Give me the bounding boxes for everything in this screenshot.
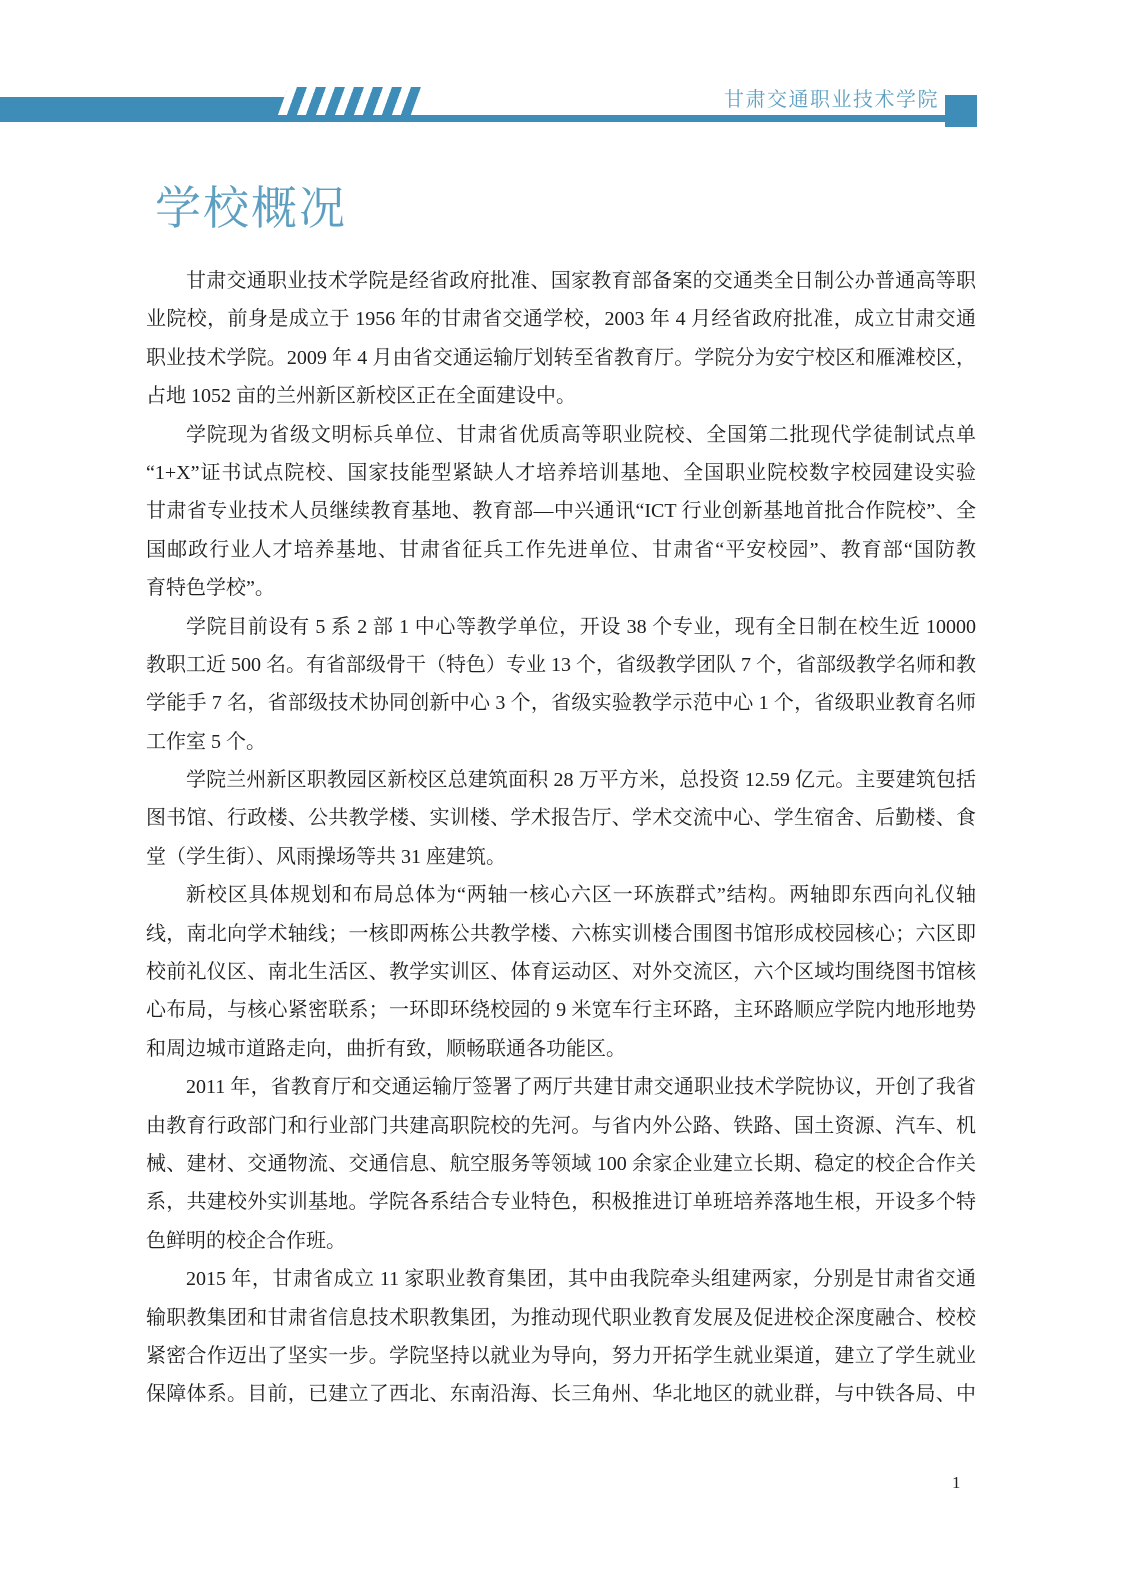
- document-page: 甘肃交通职业技术学院 学校概况 甘肃交通职业技术学院是经省政府批准、国家教育部备…: [0, 0, 1122, 1587]
- paragraph-7-line: 紧密合作迈出了坚实一步。学院坚持以就业为导向，努力开拓学生就业渠道，建立了学生就…: [146, 1337, 976, 1375]
- paragraph-1-line: 占地 1052 亩的兰州新区新校区正在全面建设中。: [146, 377, 976, 415]
- document-body: 甘肃交通职业技术学院是经省政府批准、国家教育部备案的交通类全日制公办普通高等职业…: [146, 262, 976, 1414]
- paragraph-5-line: 和周边城市道路走向，曲折有致，顺畅联通各功能区。: [146, 1030, 976, 1068]
- paragraph-1-line: 职业技术学院。2009 年 4 月由省交通运输厅划转至省教育厅。学院分为安宁校区…: [146, 339, 976, 377]
- paragraph-7-line: 保障体系。目前，已建立了西北、东南沿海、长三角州、华北地区的就业群，与中铁各局、…: [146, 1375, 976, 1413]
- paragraph-4-line: 堂（学生街）、风雨操场等共 31 座建筑。: [146, 838, 976, 876]
- header-rule-line: [0, 115, 946, 122]
- paragraph-4-line: 图书馆、行政楼、公共教学楼、实训楼、学术报告厅、学术交流中心、学生宿舍、后勤楼、…: [146, 799, 976, 837]
- paragraph-2-line: 甘肃省专业技术人员继续教育基地、教育部—中兴通讯“ICT 行业创新基地首批合作院…: [146, 492, 976, 530]
- paragraph-5-line: 校前礼仪区、南北生活区、教学实训区、体育运动区、对外交流区，六个区域均围绕图书馆…: [146, 953, 976, 991]
- page-number: 1: [952, 1474, 961, 1491]
- paragraph-6-line: 2011 年，省教育厅和交通运输厅签署了两厅共建甘肃交通职业技术学院协议，开创了…: [146, 1068, 976, 1106]
- section-heading: 学校概况: [155, 186, 347, 232]
- paragraph-1-line: 甘肃交通职业技术学院是经省政府批准、国家教育部备案的交通类全日制公办普通高等职: [146, 262, 976, 300]
- header-corner-square: [945, 95, 977, 127]
- paragraph-2-line: 国邮政行业人才培养基地、甘肃省征兵工作先进单位、甘肃省“平安校园”、教育部“国防…: [146, 531, 976, 569]
- paragraph-3-line: 学能手 7 名，省部级技术协同创新中心 3 个，省级实验教学示范中心 1 个，省…: [146, 684, 976, 722]
- paragraph-7-line: 2015 年，甘肃省成立 11 家职业教育集团，其中由我院牵头组建两家，分别是甘…: [146, 1260, 976, 1298]
- paragraph-5-line: 线，南北向学术轴线；一核即两栋公共教学楼、六栋实训楼合围图书馆形成校园核心；六区…: [146, 915, 976, 953]
- paragraph-5-line: 新校区具体规划和布局总体为“两轴一核心六区一环族群式”结构。两轴即东西向礼仪轴: [146, 876, 976, 914]
- paragraph-3-line: 教职工近 500 名。有省部级骨干（特色）专业 13 个，省级教学团队 7 个，…: [146, 646, 976, 684]
- paragraph-6-line: 系，共建校外实训基地。学院各系结合专业特色，积极推进订单班培养落地生根，开设多个…: [146, 1183, 976, 1221]
- paragraph-3-line: 工作室 5 个。: [146, 723, 976, 761]
- paragraph-2-line: “1+X”证书试点院校、国家技能型紧缺人才培养培训基地、全国职业院校数字校园建设…: [146, 454, 976, 492]
- paragraph-2-line: 育特色学校”。: [146, 569, 976, 607]
- header-stripes-decoration: [278, 87, 421, 115]
- paragraph-6-line: 色鲜明的校企合作班。: [146, 1222, 976, 1260]
- paragraph-1-line: 业院校，前身是成立于 1956 年的甘肃省交通学校，2003 年 4 月经省政府…: [146, 300, 976, 338]
- paragraph-3-line: 学院目前设有 5 系 2 部 1 中心等教学单位，开设 38 个专业，现有全日制…: [146, 608, 976, 646]
- paragraph-5-line: 心布局，与核心紧密联系；一环即环绕校园的 9 米宽车行主环路，主环路顺应学院内地…: [146, 991, 976, 1029]
- paragraph-2-line: 学院现为省级文明标兵单位、甘肃省优质高等职业院校、全国第二批现代学徒制试点单位、: [146, 416, 976, 454]
- header-institution-name: 甘肃交通职业技术学院: [724, 90, 939, 110]
- paragraph-6-line: 械、建材、交通物流、交通信息、航空服务等领域 100 余家企业建立长期、稳定的校…: [146, 1145, 976, 1183]
- paragraph-7-line: 输职教集团和甘肃省信息技术职教集团，为推动现代职业教育发展及促进校企深度融合、校…: [146, 1299, 976, 1337]
- paragraph-6-line: 由教育行政部门和行业部门共建高职院校的先河。与省内外公路、铁路、国土资源、汽车、…: [146, 1107, 976, 1145]
- paragraph-4-line: 学院兰州新区职教园区新校区总建筑面积 28 万平方米，总投资 12.59 亿元。…: [146, 761, 976, 799]
